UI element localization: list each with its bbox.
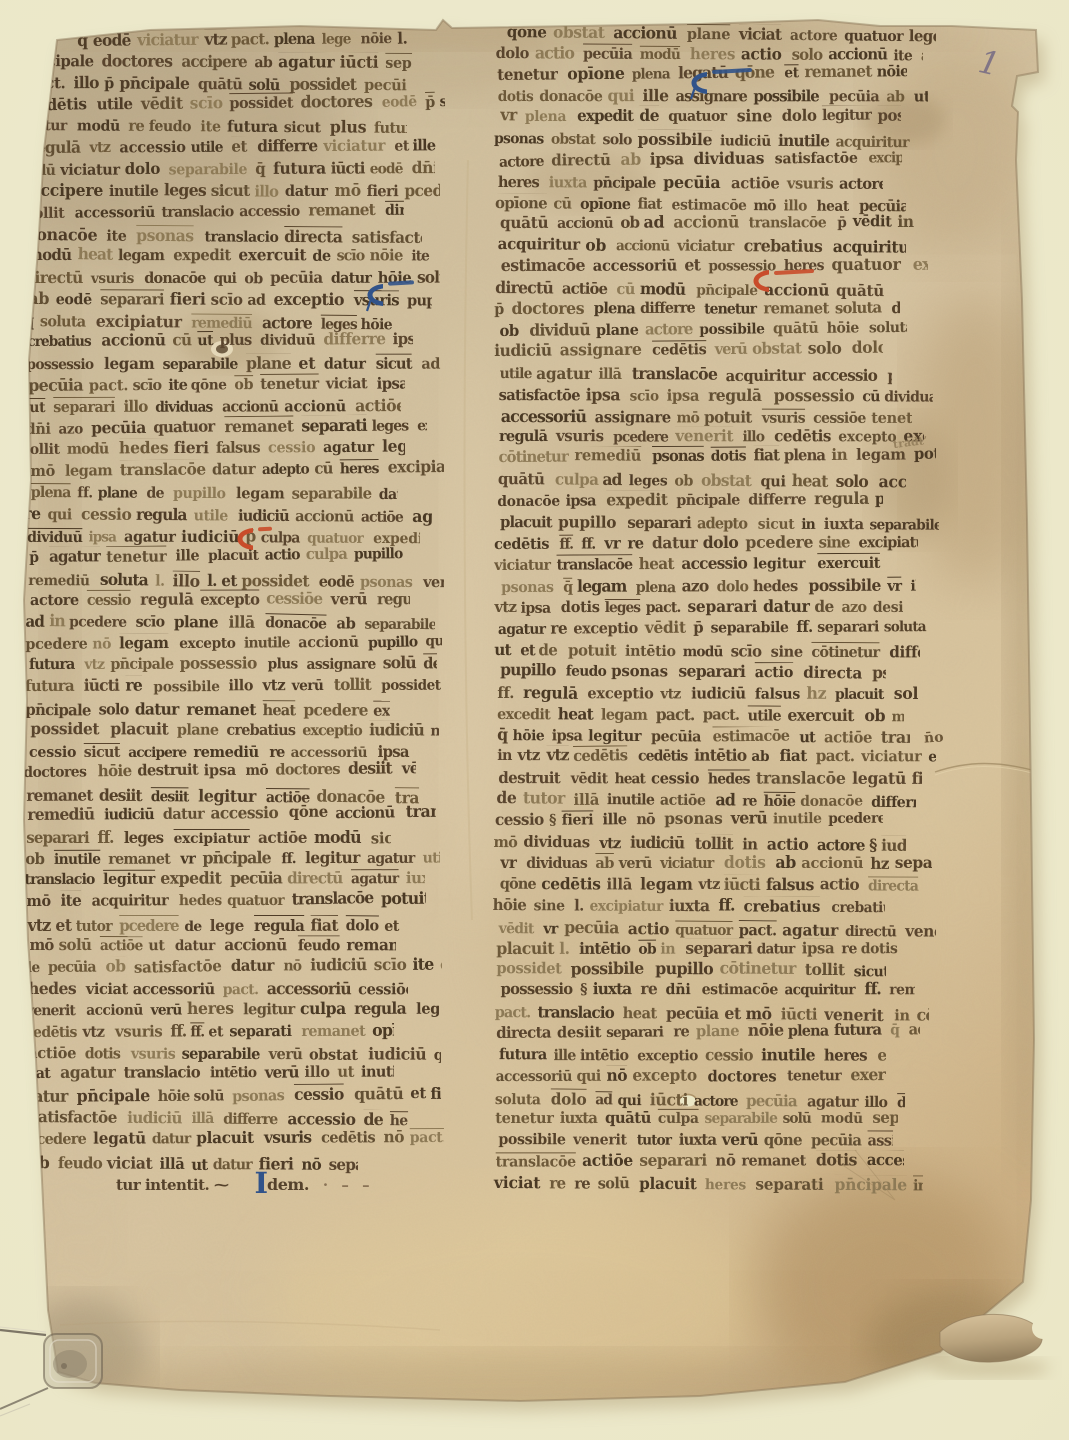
script-word: ipsa (204, 761, 237, 779)
script-word: vsuris (115, 1022, 162, 1041)
script-word: ut (337, 1063, 354, 1081)
script-word: hōie (158, 1087, 190, 1105)
script-word: eodē (371, 161, 404, 177)
script-word: modū (314, 828, 361, 847)
paraph-mark-icon (236, 526, 256, 560)
script-line: adinpcederescīoplaneillādonacōeabseparab… (25, 611, 435, 633)
script-word: scīo (133, 376, 162, 394)
script-word: separati (385, 53, 412, 71)
script-word: vsuris (91, 270, 134, 286)
script-word: illo (123, 397, 147, 416)
script-word: directū (288, 869, 343, 888)
script-word: accessio (119, 138, 186, 156)
script-word: et (298, 354, 315, 373)
script-word: pact. (89, 376, 128, 394)
script-word: datur (152, 1131, 191, 1148)
script-word: ad (247, 292, 265, 309)
script-word: pn̄cipale (110, 654, 173, 672)
script-word: futura (228, 117, 279, 136)
script-word: separabile (181, 1045, 259, 1063)
script-word: agatur (367, 850, 415, 867)
script-word: datur (136, 699, 180, 718)
script-word: verū (151, 1003, 182, 1019)
script-word: excipiatur (96, 312, 182, 332)
script-word: sicut (371, 829, 391, 847)
script-word: ff. (190, 1024, 204, 1041)
script-word: plus (330, 118, 367, 137)
script-word: translacio (405, 802, 436, 821)
script-word: possidet (380, 678, 439, 694)
script-word: ut (29, 399, 45, 416)
script-word: translacio (25, 871, 95, 888)
script-word: qōne (433, 1047, 441, 1064)
script-word: dolo (346, 916, 379, 934)
script-word: separari (26, 828, 89, 847)
script-word: separati (301, 415, 367, 436)
script-word: tenetur (260, 374, 319, 392)
script-word: actiōe (100, 937, 143, 954)
script-word: hedes (28, 979, 76, 998)
script-word: pn̄cipale (26, 699, 92, 719)
script-word: lege (322, 31, 351, 47)
script-word: agatur (412, 506, 432, 526)
clamp-wire-highlight (0, 1404, 30, 1416)
script-word: vtz (204, 29, 226, 48)
script-word: datur (331, 268, 371, 286)
script-word: iudiciū (103, 805, 153, 823)
script-word: ad (25, 612, 44, 631)
script-word: viciat (326, 374, 367, 392)
script-word: legitur (103, 871, 155, 888)
script-word: et (394, 138, 409, 155)
script-word: remanet (308, 200, 375, 220)
script-word: vsuris (264, 1128, 312, 1147)
script-word: et (55, 916, 71, 935)
script-word: ite (413, 955, 434, 974)
script-word: psonas (232, 1087, 284, 1106)
script-line: daturmodūrefeudoitefuturasicutplusfutura… (26, 115, 407, 137)
script-word: qōne (288, 802, 327, 821)
script-word: vsuris (131, 1046, 175, 1063)
script-word: hōie (98, 761, 132, 780)
script-word: ut (148, 937, 164, 954)
script-word: vtz (83, 1023, 105, 1041)
script-word: viciatur (323, 136, 385, 155)
script-word: translacōe (292, 889, 374, 909)
script-word: soluta (39, 312, 85, 330)
script-word: scīo (190, 93, 223, 112)
script-word: viciatur (60, 160, 120, 178)
script-word: possidet (242, 571, 310, 590)
script-word: differre (257, 137, 317, 156)
script-word: plane (176, 720, 218, 738)
script-word: datur (378, 486, 397, 503)
script-word: pcedere (405, 181, 440, 200)
script-word: de (313, 246, 331, 264)
script-line: futuraiūctirepossibileillovtzverūtollitp… (24, 674, 444, 694)
script-word: cessio (29, 744, 76, 761)
script-word: iudiciū (237, 507, 288, 525)
script-word: ite (106, 227, 126, 244)
script-word: ille (413, 137, 436, 155)
script-word: remanet (301, 1022, 365, 1040)
script-word: iudiciū (127, 1107, 182, 1126)
script-word: accessio (287, 1109, 355, 1129)
script-word: ipsa (88, 530, 116, 546)
script-word: ille (176, 547, 200, 565)
script-word: modū (78, 118, 121, 135)
script-word: pact. (410, 1129, 444, 1146)
script-word: separari (100, 290, 164, 308)
explicit-text: dem. (267, 1175, 309, 1194)
script-word: ab (254, 54, 272, 71)
script-word: pn̄cipale (202, 849, 270, 868)
script-word: accipere (128, 745, 186, 761)
script-word: dn̄i (412, 158, 435, 177)
script-word: possessio (180, 653, 257, 672)
script-line: donacōeitepsonastranslaciodirectasatisfa… (24, 224, 422, 247)
script-word: translacio (161, 204, 233, 222)
script-word: iudiciū (368, 720, 423, 739)
script-word: translacio (123, 1063, 199, 1082)
script-word: et (221, 571, 237, 590)
script-word: mō (246, 763, 269, 779)
script-word: de (363, 1109, 383, 1128)
script-line: remediūiudiciūdaturaccessioqōneaccionūtr… (26, 802, 436, 824)
script-word: desiit (151, 788, 189, 805)
script-word: scīo (337, 247, 365, 264)
script-line: vtzettutorpcederedelegeregulafiatdoloetq… (27, 914, 402, 934)
script-word: nō (430, 722, 439, 739)
script-word: agatur (124, 528, 176, 546)
script-word: p̄ (425, 93, 435, 111)
script-word: remanet (108, 851, 170, 868)
script-word: scīo (211, 289, 243, 308)
script-word: actiōe (355, 396, 401, 415)
script-word: pcedere (25, 635, 87, 653)
script-word: excepto (178, 636, 234, 652)
script-word: datur (323, 355, 365, 373)
script-line: pcederenōlegamexceptoinutileaccionūpupil… (24, 632, 442, 654)
script-word: exercuit (417, 418, 427, 435)
script-word: quātū (198, 75, 242, 93)
script-word: actore (30, 591, 79, 609)
script-word: cū (173, 331, 192, 350)
script-word: dividuū (260, 333, 315, 349)
script-word: azo (58, 422, 82, 438)
paraph-mark-icon (690, 70, 710, 104)
script-word: illo (172, 571, 200, 591)
script-word: differre (223, 1109, 277, 1127)
script-word: accionū (284, 397, 346, 415)
script-word: utile (97, 94, 133, 113)
script-word: legam (118, 633, 168, 652)
script-word: accionū (295, 507, 354, 525)
script-word: hedes (180, 892, 223, 909)
script-word: illo (74, 73, 99, 92)
script-line: solūviciaturdoloseparabileq̄futuraiūctie… (25, 158, 435, 179)
paraph-mark-icon (752, 268, 772, 302)
paraph-mark-icon (366, 282, 386, 316)
script-word: excepto (200, 590, 259, 608)
script-word: pecūia (48, 959, 96, 976)
script-word: solū (59, 935, 92, 954)
script-word: qui (425, 633, 442, 649)
script-word: legitur (305, 848, 360, 867)
script-word: mō (334, 181, 360, 200)
script-word: tollit (333, 675, 370, 694)
script-word: actiōe (258, 828, 307, 847)
script-word: satisfactōe (134, 956, 222, 976)
script-word: heres (339, 460, 378, 477)
script-word: doctores (24, 764, 87, 782)
script-word: remediū (28, 573, 89, 589)
script-word: verū (291, 678, 323, 694)
script-word: sicut (83, 744, 119, 761)
script-word: mō (27, 892, 51, 910)
script-word: ob (245, 269, 263, 287)
script-word: legatū (382, 436, 405, 455)
explicit-lead-in: tur intentit. ⁓ (116, 1176, 228, 1194)
script-word: inutile (109, 183, 159, 200)
script-word: p̄ (104, 74, 113, 92)
script-word: et (384, 916, 398, 934)
script-word: plane (98, 485, 137, 502)
script-word: ab (336, 615, 355, 633)
script-word: donacōe (265, 615, 326, 633)
script-line: doctoreshōiedestruitipsamōdoctoresdesiit… (22, 759, 416, 782)
script-word: accionū (224, 935, 286, 954)
script-word: eodē (382, 93, 417, 111)
script-word: ite (61, 891, 82, 910)
script-word: opīone (440, 955, 442, 974)
script-word: separabile (440, 93, 445, 111)
script-word: accionū (334, 803, 393, 823)
script-word: feudo (57, 1153, 101, 1172)
script-word: accessoriū (74, 204, 155, 222)
script-word: culpa (301, 999, 347, 1018)
script-word: fiat (431, 1084, 442, 1103)
script-word: fieri (173, 438, 208, 457)
script-word: remediū (193, 743, 258, 761)
script-word: ff. (170, 1022, 186, 1041)
script-word: re (129, 117, 145, 135)
script-word: ff. (98, 828, 114, 847)
script-word: futura (29, 655, 75, 673)
script-word: vtz (84, 657, 104, 673)
script-word: possibile (153, 679, 219, 695)
script-word: accionū (222, 397, 278, 415)
script-word: agatur (322, 438, 373, 455)
script-word: plus (268, 656, 298, 672)
script-line: pecūiapact.scīoiteqōneobteneturviciatips… (27, 371, 405, 394)
script-word: futura (25, 676, 74, 695)
script-word: soluta (100, 570, 148, 589)
script-word: qui (213, 269, 236, 286)
script-line: cedētisutilevēditscīopossidetdoctoreseod… (27, 90, 445, 114)
script-word: quatuor (153, 417, 214, 437)
script-word: pecūia (270, 267, 323, 286)
script-word: destruit (424, 654, 438, 672)
script-word: vēdit (141, 94, 183, 114)
script-word: exceptio (274, 289, 345, 309)
script-word: utile (190, 139, 222, 156)
script-word: quātū (354, 1084, 404, 1103)
script-word: vēdit (402, 759, 416, 777)
script-word: hedes (118, 438, 167, 457)
script-word: scīo (136, 614, 165, 631)
script-word: cessio (86, 590, 130, 608)
script-line: dn̄iazopecūiaquatuorremanetseparatileges… (25, 414, 427, 438)
script-word: regula (136, 505, 187, 524)
script-line: obinutileremanetvrpn̄cipaleff.legituraga… (25, 848, 440, 868)
script-word: agatur (352, 870, 400, 887)
script-word: legitur (244, 1000, 296, 1018)
script-word: remanet (187, 699, 257, 718)
script-word: actio (265, 547, 300, 564)
script-word: pact. (231, 29, 270, 48)
script-word: dividuū (27, 529, 82, 546)
script-word: utile (423, 850, 440, 867)
script-line: requicessioregulautileiudiciūaccionūacti… (23, 503, 432, 526)
script-word: possessio (26, 356, 93, 373)
script-word: accessoriū (266, 979, 350, 998)
script-line: separariff.legesexcipiaturactiōemodūsicu… (25, 828, 391, 847)
script-word: dolo (125, 158, 161, 177)
script-word: donacōe (144, 268, 205, 286)
text-layer: qōneobstataccionūplaneviciatactorequatuo… (0, 0, 1069, 1440)
script-word: modū (66, 439, 108, 457)
script-word: illā (191, 1109, 213, 1127)
script-line: pcederelegatūdaturplacuitvsuriscedētisnō… (26, 1127, 444, 1148)
script-word: excipiatur (387, 457, 444, 476)
script-word: sicut (375, 355, 411, 373)
script-word: heat (78, 245, 113, 264)
script-word: leges (372, 418, 409, 435)
script-word: venerit (26, 1002, 75, 1019)
script-word: desiit (100, 785, 143, 804)
script-word: remanet (27, 785, 93, 804)
script-word: plena (274, 30, 315, 48)
script-word: cessio (80, 505, 130, 524)
script-word: exercuit (239, 245, 307, 264)
script-line: mōlegamtranslacōedaturadeptocūheresexcip… (30, 457, 444, 480)
script-word: agatur (278, 52, 334, 71)
script-word: ob (106, 957, 126, 976)
marginal-note: n̄o (923, 729, 944, 746)
script-word: vr (180, 850, 195, 868)
script-word: separati (229, 1022, 291, 1040)
script-word: iūcti (340, 52, 379, 71)
script-word: translacōe (119, 459, 205, 479)
script-word: futura (274, 158, 327, 177)
script-word: solū (383, 653, 416, 672)
script-word: actiōe (361, 509, 403, 526)
script-word: dotis (85, 1046, 120, 1063)
script-word: scīo (373, 955, 406, 974)
script-word: illo (228, 676, 253, 694)
script-word: inutile (244, 635, 290, 652)
script-word: pcedere (303, 700, 368, 719)
script-word: iudiciū (310, 955, 367, 974)
script-word: regula (355, 999, 407, 1018)
script-word: heat (263, 701, 296, 719)
script-word: lege (210, 916, 244, 935)
script-word: ite (168, 375, 187, 393)
script-line: modūheatlegamexpeditexercuitdescīonōieit… (26, 245, 434, 264)
script-word: cū (314, 458, 332, 477)
script-word: heres (188, 999, 235, 1018)
script-word: datur (175, 938, 215, 954)
script-word: ad (421, 355, 440, 373)
script-word: pupillo (407, 291, 432, 309)
script-word: exceptio (302, 721, 362, 739)
script-word: tenetur (106, 547, 166, 566)
script-word: separabile (169, 160, 247, 177)
script-word: directa (285, 227, 343, 246)
script-word: regula (376, 589, 409, 608)
script-word: iūcti (331, 158, 365, 177)
script-word: separabile (162, 356, 237, 373)
manuscript-photo: qōneobstataccionūplaneviciatactorequatuo… (0, 0, 1069, 1440)
script-word: iūcti (83, 676, 118, 695)
script-line: fiatagaturtranslaciointētioverūilloutinu… (25, 1062, 394, 1082)
script-word: et (411, 1084, 427, 1102)
script-word: viciatur (137, 30, 198, 50)
script-word: feudo (298, 936, 340, 954)
script-line: pn̄cipalesolodaturremanetheatpcedereexce… (24, 699, 390, 720)
script-word: remediū (27, 805, 94, 825)
script-word: excipiatur (174, 830, 250, 847)
script-word: plane (246, 354, 291, 373)
script-line: accipereinutilelegessicutillodaturmōfier… (29, 181, 440, 200)
script-word: verū (264, 1063, 298, 1082)
script-word: pn̄cipale (77, 1086, 151, 1106)
script-line: veneritaccionūverūhereslegiturculparegul… (25, 999, 439, 1019)
script-word: et (231, 137, 247, 156)
script-word: nō (92, 636, 111, 653)
script-word: excepto (374, 701, 391, 719)
script-word: pn̄cipale (119, 74, 189, 93)
script-word: doctores (301, 91, 373, 112)
script-word: remanet (224, 417, 293, 437)
script-word: iudiciū (181, 527, 239, 546)
script-word: nōie (370, 246, 403, 264)
script-word: solo (99, 700, 129, 718)
text-column-1: q̄eodēviciaturvtzpact.plenalegenōiel.pn̄… (0, 0, 1069, 1440)
script-word: psonas (360, 572, 412, 590)
script-word: et (208, 1024, 223, 1041)
script-line: tollitaccessoriūtranslacioaccessioremane… (27, 200, 404, 222)
script-word: soluta (417, 267, 440, 286)
script-word: placuit (197, 1128, 255, 1147)
script-word: in (49, 612, 65, 631)
script-word: ob (25, 850, 44, 868)
script-word: regulā (140, 589, 194, 608)
script-word: pupillo (368, 634, 418, 652)
script-word: satisfactōe (352, 227, 423, 247)
script-word: nōie (361, 30, 392, 47)
script-word: pecūia (91, 418, 146, 438)
script-word: cedētis (321, 1129, 375, 1147)
script-word: nō (283, 958, 301, 975)
script-line: plenaff.planedepupillolegamseparabiledat… (30, 482, 398, 503)
script-line: depecūiaobsatisfactōedaturnōiudiciūscīoi… (22, 955, 442, 976)
script-line: regulāvtzaccessioutileetdifferreviciatur… (27, 136, 437, 158)
script-word: ff. (281, 851, 296, 868)
script-word: expedit (173, 246, 231, 264)
script-word: regula (254, 916, 304, 935)
